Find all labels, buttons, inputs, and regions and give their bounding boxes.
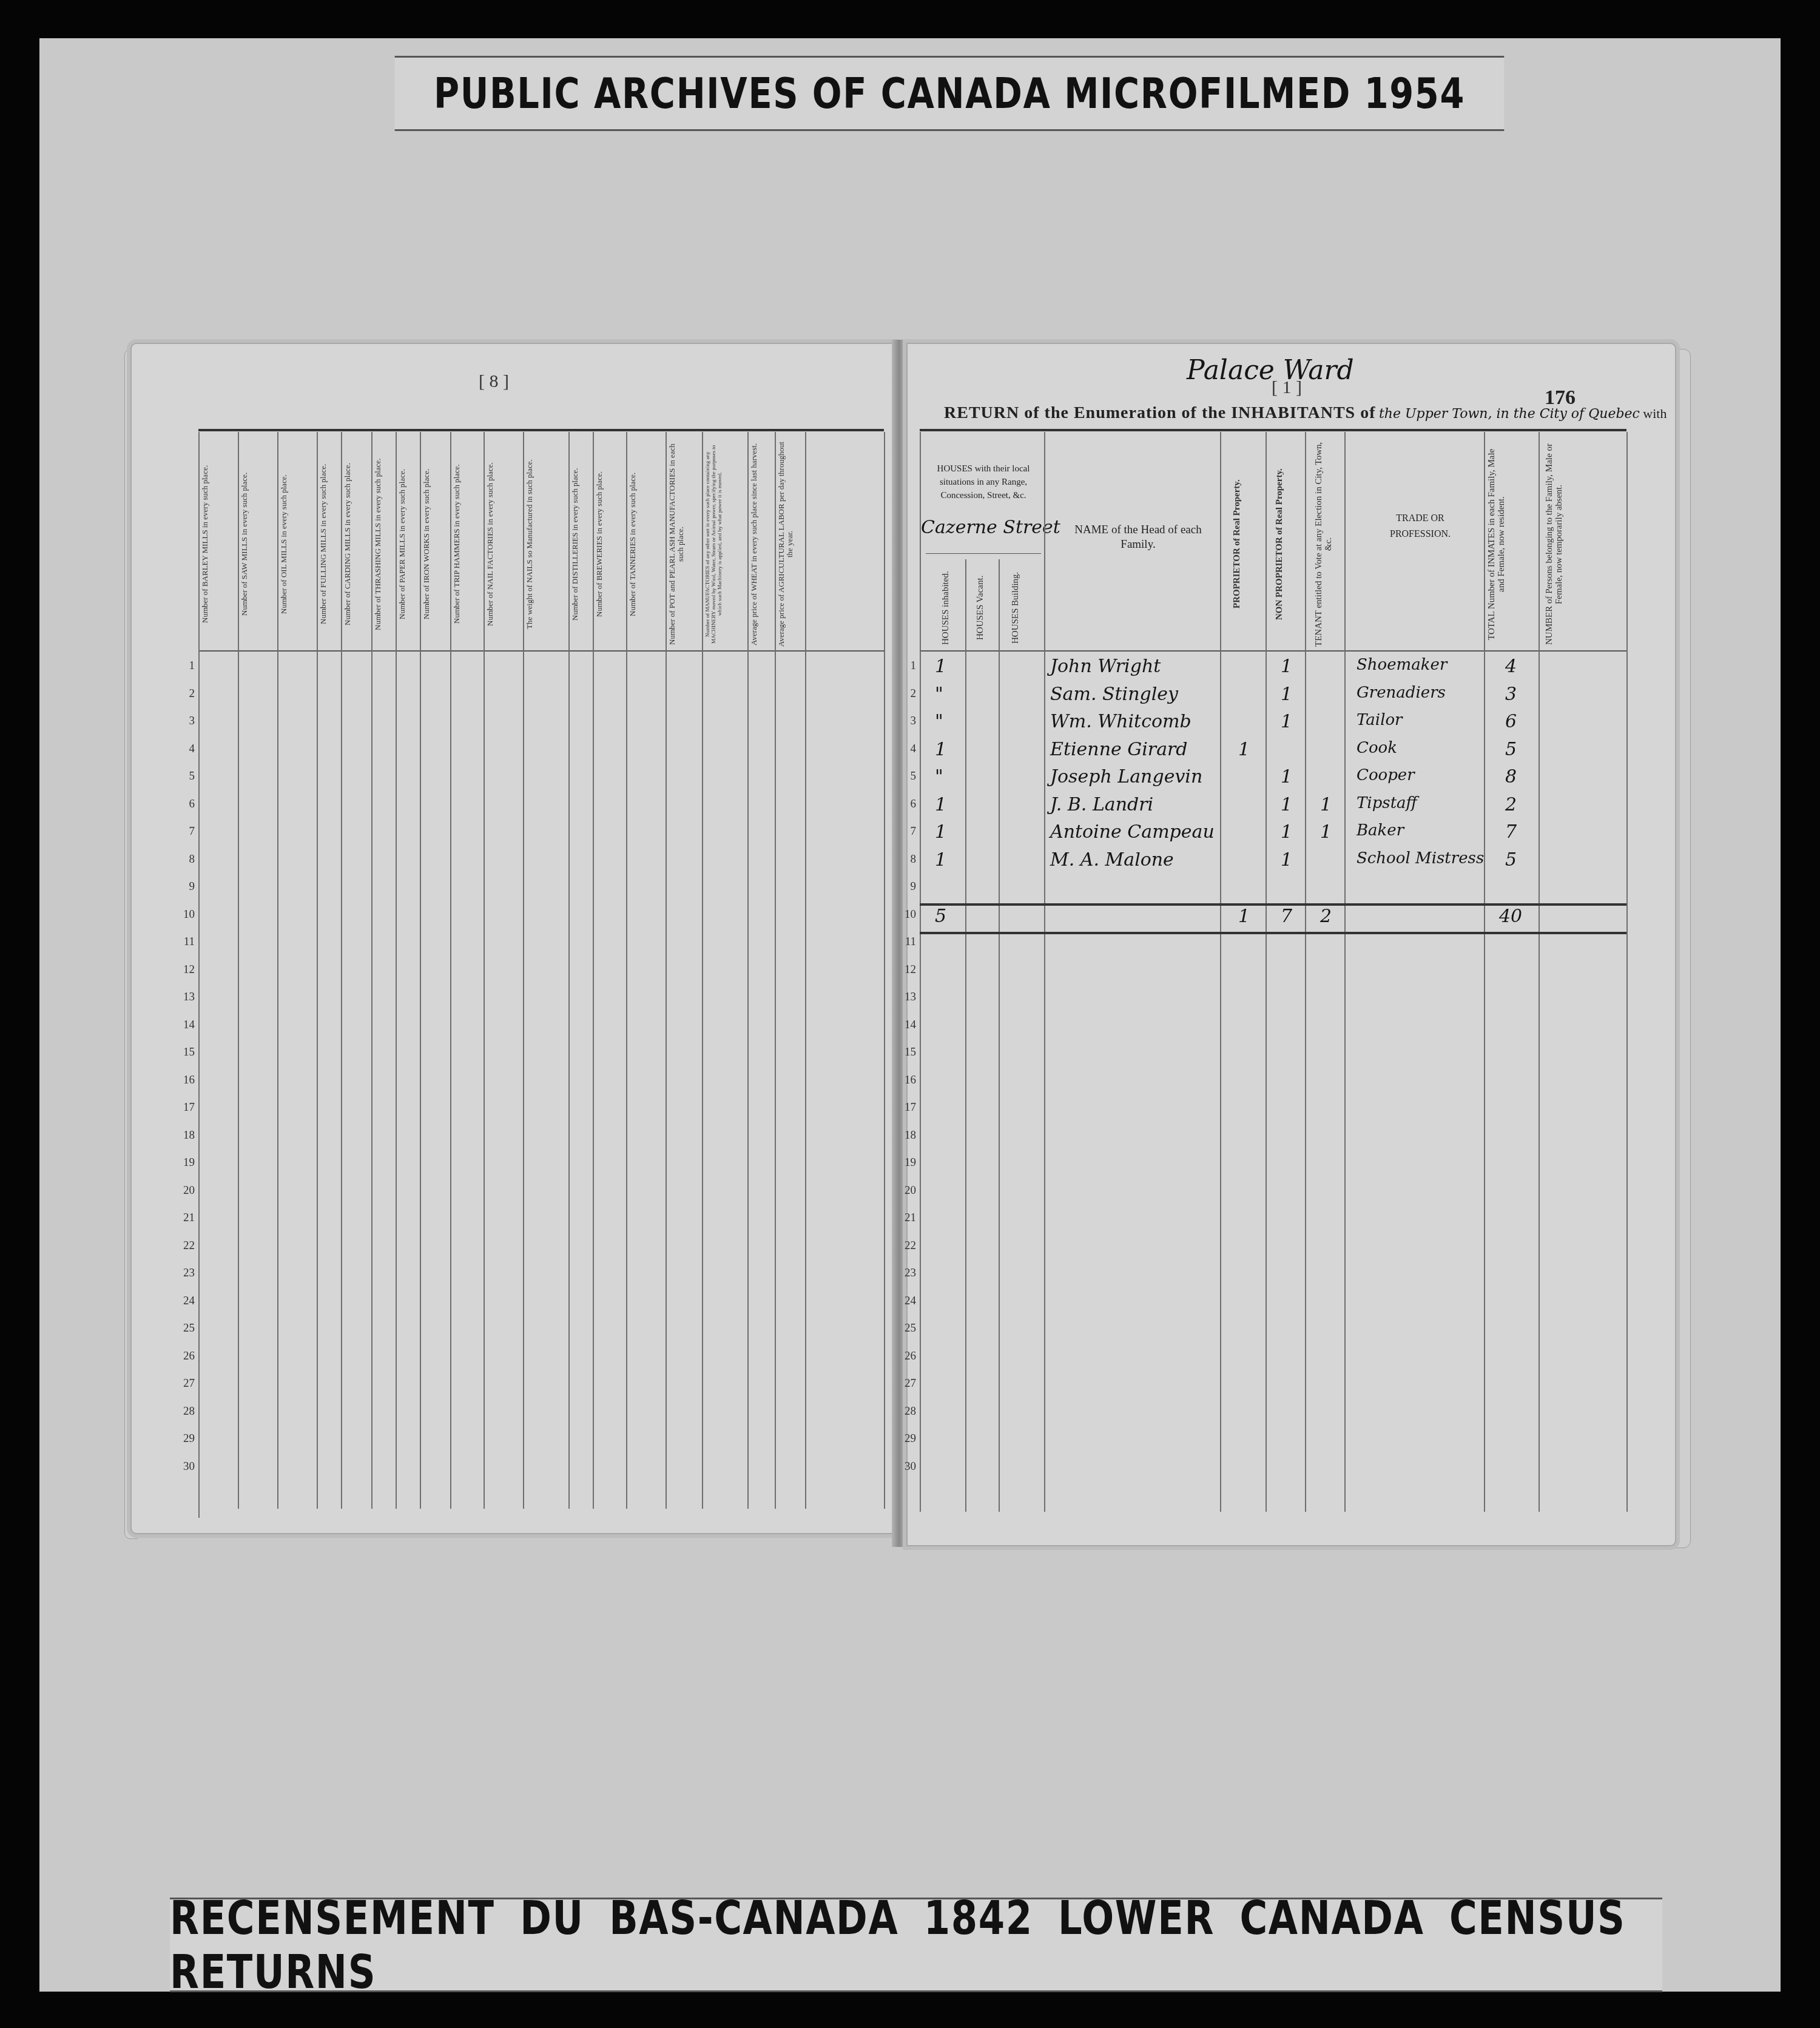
table-row (920, 684, 1626, 712)
cell-trade: Tailor (1357, 711, 1403, 729)
cell-non-proprietor: 1 (1281, 821, 1292, 843)
cell-head-of-family: Antoine Campeau (1050, 821, 1215, 843)
row-number: 24 (173, 1295, 195, 1308)
cell-trade: Grenadiers (1357, 684, 1446, 702)
row-number: 22 (173, 1239, 195, 1253)
column-rule (702, 432, 703, 1509)
cell-non-proprietor: 1 (1281, 711, 1292, 732)
col-head-7: Number of PAPER MILLS in every such plac… (398, 441, 417, 647)
cell-houses-inhabited: " (935, 711, 943, 732)
cell-head-of-family: Etienne Girard (1050, 739, 1188, 760)
cell-tenant: 1 (1320, 821, 1332, 843)
column-rule (884, 432, 885, 1509)
table-top-rule (920, 429, 1626, 431)
cell-non-proprietor: 1 (1281, 766, 1292, 787)
houses-subheader-rule (926, 553, 1041, 554)
column-rule (1266, 432, 1267, 1512)
table-row (920, 821, 1626, 849)
left-page-marker: [ 8 ] (479, 371, 509, 392)
row-number: 8 (894, 853, 916, 866)
column-rule (1305, 432, 1306, 1512)
row-number: 10 (173, 908, 195, 921)
cell-houses-inhabited: 1 (935, 739, 946, 760)
row-number: 13 (173, 991, 195, 1004)
row-number: 18 (173, 1129, 195, 1142)
row-number: 9 (894, 880, 916, 894)
table-row (920, 794, 1626, 822)
row-number: 30 (173, 1460, 195, 1474)
cell-non-proprietor: 1 (1281, 684, 1292, 705)
table-row (920, 849, 1626, 877)
census-footer-banner: RECENSEMENT DU BAS-CANADA 1842 LOWER CAN… (170, 1898, 1662, 1992)
cell-head-of-family: John Wright (1050, 656, 1161, 677)
cell-non-proprietor: 1 (1281, 656, 1292, 677)
col-head-tenant: TENANT entitled to Vote at any Election … (1314, 441, 1336, 647)
row-number: 3 (173, 715, 195, 728)
cell-trade: Cooper (1357, 766, 1415, 784)
col-head-13: Number of BREWERIES in every such place. (595, 441, 624, 647)
row-number: 29 (173, 1432, 195, 1446)
col-head-17: Average price of WHEAT in every such pla… (750, 441, 772, 647)
row-number: 27 (894, 1377, 916, 1390)
row-number: 21 (173, 1211, 195, 1225)
table-row (920, 656, 1626, 684)
row-number: 5 (894, 770, 916, 783)
row-number: 28 (173, 1405, 195, 1418)
cell-trade: Shoemaker (1357, 656, 1447, 674)
row-number: 20 (894, 1184, 916, 1198)
cell-houses-inhabited: " (935, 766, 943, 787)
cell-total-inmates: 6 (1505, 711, 1517, 732)
total-inmates: 40 (1499, 906, 1522, 927)
row-number: 7 (173, 825, 195, 838)
row-number: 14 (173, 1019, 195, 1032)
column-rule (805, 432, 806, 1509)
cell-total-inmates: 5 (1505, 739, 1517, 760)
column-rule (775, 432, 776, 1509)
row-number: 17 (894, 1101, 916, 1114)
col-head-absent: NUMBER of Persons belonging to the Famil… (1545, 441, 1569, 647)
column-rule (1344, 432, 1346, 1512)
column-rule (198, 432, 200, 1518)
column-rule (420, 432, 421, 1509)
col-head-houses-vacant: HOUSES Vacant. (976, 565, 988, 650)
header-bottom-rule (198, 650, 884, 652)
row-number: 19 (894, 1156, 916, 1170)
col-head-10: Number of NAIL FACTORIES in every such p… (486, 441, 521, 647)
column-rule (568, 432, 570, 1509)
cell-head-of-family: M. A. Malone (1050, 849, 1174, 871)
column-rule (1539, 432, 1540, 1512)
column-rule (484, 432, 485, 1509)
row-number: 19 (173, 1156, 195, 1170)
row-number: 23 (894, 1267, 916, 1280)
row-number: 26 (173, 1350, 195, 1363)
row-number: 5 (173, 770, 195, 783)
row-number: 16 (173, 1074, 195, 1087)
col-head-12: Number of DISTILLERIES in every such pla… (571, 441, 590, 647)
row-number: 17 (173, 1101, 195, 1114)
row-number: 1 (173, 659, 195, 673)
row-number: 1 (894, 659, 916, 673)
row-number: 3 (894, 715, 916, 728)
cell-trade: Tipstaff (1357, 794, 1417, 812)
row-number: 11 (894, 935, 916, 949)
total-tenant: 2 (1320, 906, 1332, 927)
col-head-5: Number of CARDING MILLS in every such pl… (343, 441, 369, 647)
column-rule (666, 432, 667, 1509)
row-number: 30 (894, 1460, 916, 1474)
ward-heading: Palace Ward (1187, 355, 1354, 386)
cell-houses-inhabited: " (935, 684, 943, 705)
return-title-place: the Upper Town, in the City of Quebec (1379, 406, 1640, 422)
row-number: 6 (894, 798, 916, 811)
row-number: 23 (173, 1267, 195, 1280)
table-top-rule (198, 429, 884, 431)
column-rule (523, 432, 524, 1509)
column-rule (317, 432, 318, 1509)
cell-proprietor: 1 (1238, 739, 1250, 760)
row-number: 29 (894, 1432, 916, 1446)
column-rule (1044, 432, 1045, 1512)
col-head-2: Number of SAW MILLS in every such place. (240, 441, 275, 647)
cell-houses-inhabited: 1 (935, 656, 946, 677)
right-page: Palace Ward [ 1 ] 176 RETURN of the Enum… (906, 343, 1676, 1546)
row-number: 18 (894, 1129, 916, 1142)
cell-head-of-family: Wm. Whitcomb (1050, 711, 1191, 732)
column-rule (450, 432, 451, 1509)
table-row (920, 739, 1626, 767)
col-head-15: Number of POT and PEARL ASH MANUFACTORIE… (668, 441, 699, 647)
column-rule (277, 432, 278, 1509)
column-rule (747, 432, 749, 1509)
column-rule (371, 432, 372, 1509)
total-houses-inhabited: 5 (935, 906, 946, 927)
row-number: 12 (173, 963, 195, 977)
cell-tenant: 1 (1320, 794, 1332, 815)
houses-header: HOUSES with their local situations in an… (926, 462, 1041, 502)
column-rule (1484, 432, 1485, 1512)
col-head-total-inmates: TOTAL Number of INMATES in each Family, … (1487, 441, 1511, 647)
cell-houses-inhabited: 1 (935, 794, 946, 815)
col-head-9: Number of TRIP HAMMERS in every such pla… (453, 441, 481, 647)
table-row (920, 711, 1626, 739)
row-number: 11 (173, 935, 195, 949)
row-number: 10 (894, 908, 916, 921)
column-rule (920, 432, 921, 1512)
cell-houses-inhabited: 1 (935, 821, 946, 843)
row-number: 7 (894, 825, 916, 838)
cell-total-inmates: 2 (1505, 794, 1517, 815)
street-name: Cazerne Street (921, 517, 1060, 538)
return-title-printed: RETURN of the Enumeration of the INHABIT… (944, 403, 1376, 422)
col-head-non-proprietor: NON PROPRIETOR of Real Property. (1275, 441, 1289, 647)
row-number: 12 (894, 963, 916, 977)
column-rule (593, 432, 594, 1509)
cell-total-inmates: 3 (1505, 684, 1517, 705)
cell-head-of-family: Sam. Stingley (1050, 684, 1178, 705)
archive-header-banner: PUBLIC ARCHIVES OF CANADA MICROFILMED 19… (395, 56, 1505, 131)
totals-rule (920, 932, 1626, 934)
row-number: 21 (894, 1211, 916, 1225)
row-number: 4 (173, 743, 195, 756)
col-head-1: Number of BARLEY MILLS in every such pla… (201, 441, 235, 647)
row-number: 15 (173, 1046, 195, 1059)
cell-total-inmates: 8 (1505, 766, 1517, 787)
row-number: 2 (173, 687, 195, 701)
col-head-proprietor: PROPRIETOR of Real Property. (1232, 441, 1247, 647)
column-rule (396, 432, 397, 1509)
cell-total-inmates: 7 (1505, 821, 1517, 843)
col-head-14: Number of TANNERIES in every such place. (629, 441, 663, 647)
row-number: 2 (894, 687, 916, 701)
row-number: 25 (894, 1322, 916, 1335)
return-title-suffix: with (1643, 406, 1667, 421)
row-number: 27 (173, 1377, 195, 1390)
row-number: 22 (894, 1239, 916, 1253)
col-head-houses-inhabited: HOUSES inhabited. (941, 565, 953, 650)
cell-total-inmates: 4 (1505, 656, 1517, 677)
col-head-18: Average price of AGRICULTURAL LABOR per … (777, 441, 803, 647)
column-rule (1626, 432, 1628, 1512)
header-bottom-rule (920, 650, 1626, 652)
cell-total-inmates: 5 (1505, 849, 1517, 871)
total-non-proprietor: 7 (1281, 906, 1292, 927)
right-page-marker: [ 1 ] (1272, 377, 1302, 398)
row-number: 15 (894, 1046, 916, 1059)
return-title: RETURN of the Enumeration of the INHABIT… (944, 403, 1667, 423)
cell-head-of-family: J. B. Landri (1050, 794, 1153, 815)
cell-trade: School Mistress (1357, 849, 1484, 867)
col-head-16: Number of MANUFACTORIES of any other sor… (704, 441, 745, 647)
column-rule (238, 432, 239, 1509)
col-head-6: Number of THRASHING MILLS in every such … (374, 441, 393, 647)
col-head-3: Number of OIL MILLS in every such place. (280, 441, 314, 647)
row-number: 26 (894, 1350, 916, 1363)
archive-header-text: PUBLIC ARCHIVES OF CANADA MICROFILMED 19… (434, 69, 1465, 118)
left-page: [ 8 ] Number of BARLEY MILLS in every su… (130, 343, 894, 1534)
cell-trade: Baker (1357, 821, 1404, 840)
column-rule (1220, 432, 1221, 1512)
column-rule (341, 432, 342, 1509)
col-head-4: Number of FULLING MILLS in every such pl… (319, 441, 339, 647)
col-head-8: Number of IRON WORKS in every such place… (422, 441, 448, 647)
row-number: 4 (894, 743, 916, 756)
row-number: 16 (894, 1074, 916, 1087)
col-head-11: The weight of NAILS so Manufactured in s… (525, 441, 566, 647)
row-number: 28 (894, 1405, 916, 1418)
row-number: 14 (894, 1019, 916, 1032)
table-row (920, 766, 1626, 794)
row-number: 25 (173, 1322, 195, 1335)
cell-head-of-family: Joseph Langevin (1050, 766, 1202, 787)
col-head-name: NAME of the Head of each Family. (1059, 523, 1217, 552)
column-rule (626, 432, 627, 1509)
cell-trade: Cook (1357, 739, 1397, 757)
cell-non-proprietor: 1 (1281, 849, 1292, 871)
row-number: 9 (173, 880, 195, 894)
row-number: 24 (894, 1295, 916, 1308)
row-number: 6 (173, 798, 195, 811)
census-footer-text: RECENSEMENT DU BAS-CANADA 1842 LOWER CAN… (170, 1891, 1662, 1999)
cell-houses-inhabited: 1 (935, 849, 946, 871)
row-number: 8 (173, 853, 195, 866)
row-number: 20 (173, 1184, 195, 1198)
row-number: 13 (894, 991, 916, 1004)
col-head-trade: TRADE OR PROFESSION. (1378, 511, 1463, 542)
col-head-houses-building: HOUSES Building. (1011, 565, 1023, 650)
total-proprietor: 1 (1238, 906, 1250, 927)
cell-non-proprietor: 1 (1281, 794, 1292, 815)
